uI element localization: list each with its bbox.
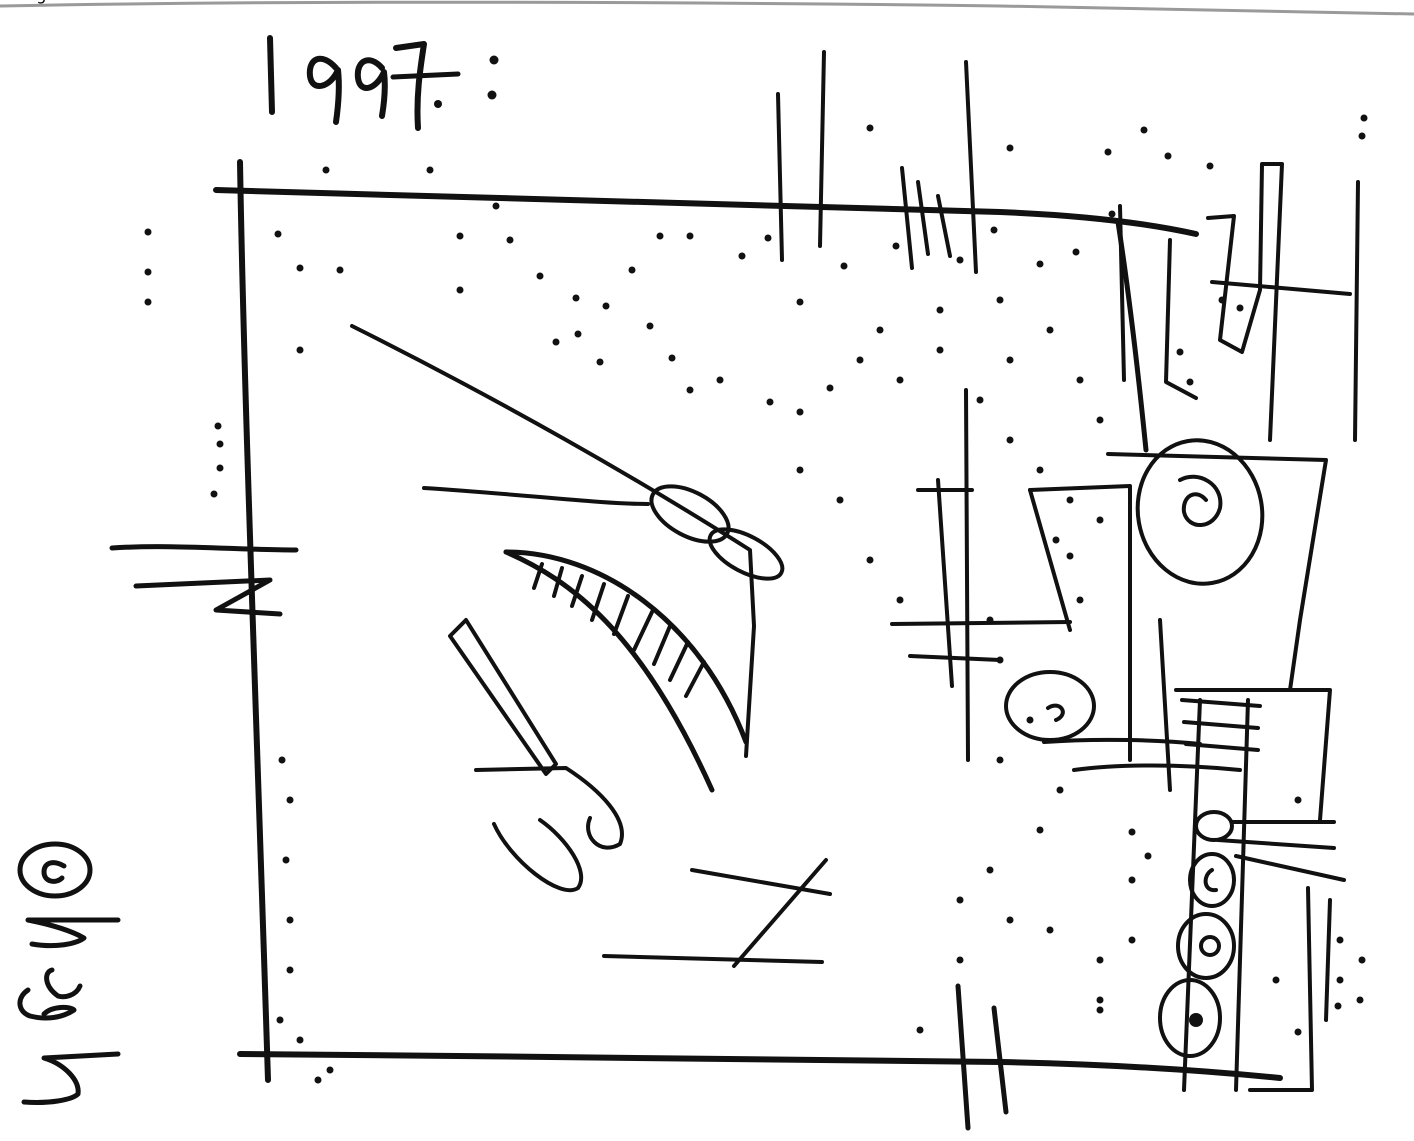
signature — [20, 844, 118, 1103]
spiral-column — [1160, 700, 1344, 1090]
sketch-canvas: 1997. ©hugh — [0, 0, 1414, 1141]
ladder-shape — [506, 552, 746, 790]
frame-border — [112, 52, 1280, 1128]
signature-label: ©hugh — [0, 0, 57, 4]
scribble-cluster — [892, 390, 1330, 820]
hand-shape — [450, 620, 622, 890]
year-text — [270, 38, 499, 128]
crossed-lines — [604, 860, 830, 966]
scan-edge — [0, 2, 1414, 14]
